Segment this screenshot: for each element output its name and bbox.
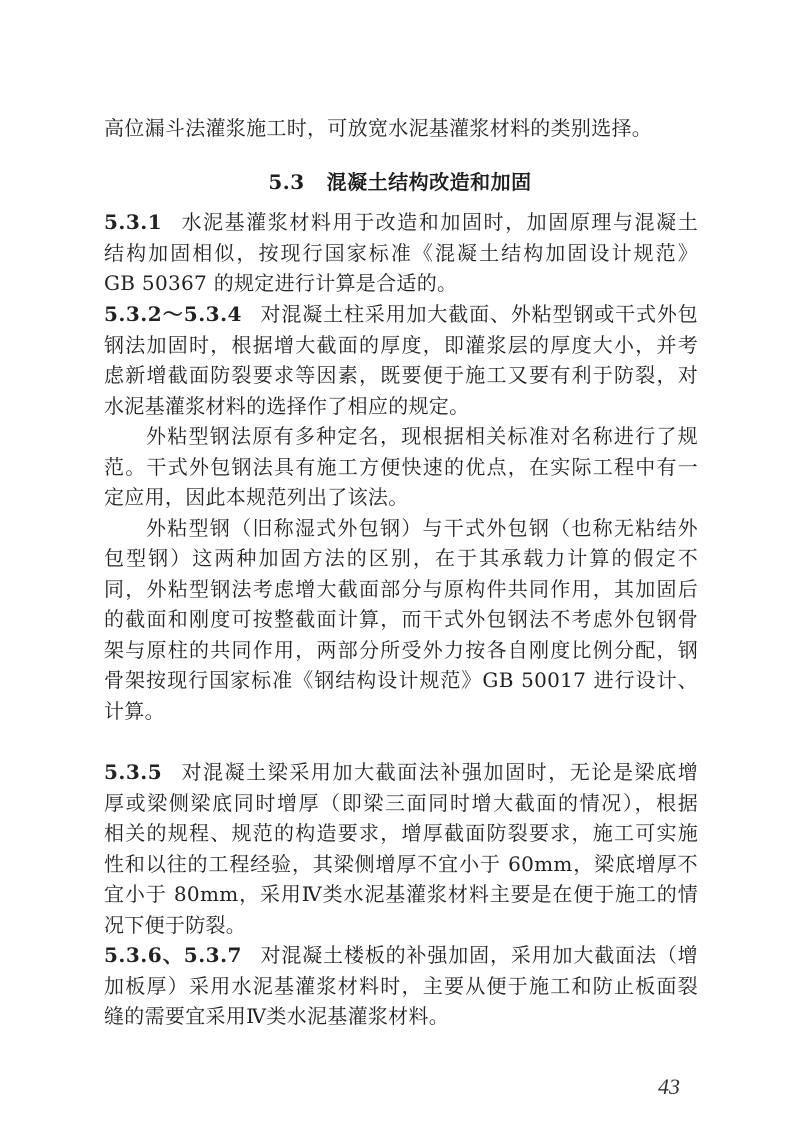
clause-number: 5.3.5 <box>104 760 162 784</box>
clause-5-3-5: 5.3.5对混凝土梁采用加大截面法补强加固时，无论是梁底增 厚或梁侧梁底同时增厚… <box>104 757 698 940</box>
body-line: 5.3.1水泥基灌浆材料用于改造和加固时，加固原理与混凝土 <box>104 207 698 238</box>
section-heading: 5.3混凝土结构改造和加固 <box>0 166 800 195</box>
body-line: GB 50367 的规定进行计算是合适的。 <box>104 268 698 299</box>
clause-text: 对混凝土柱采用加大截面、外粘型钢或干式外包 <box>260 302 698 326</box>
body-line: 缝的需要宜采用Ⅳ类水泥基灌浆材料。 <box>104 1001 698 1032</box>
body-line: 骨架按现行国家标准《钢结构设计规范》GB 50017 进行设计、 <box>104 665 698 696</box>
clause-5-3-6-and-5-3-7: 5.3.6、5.3.7对混凝土楼板的补强加固，采用加大截面法（增 加板厚）采用水… <box>104 940 698 1032</box>
body-line: 厚或梁侧梁底同时增厚（即梁三面同时增大截面的情况），根据 <box>104 788 698 819</box>
clause-number: 5.3.6、5.3.7 <box>104 943 242 967</box>
body-line: 外粘型钢法原有多种定名，现根据相关标准对名称进行了规 <box>104 421 698 452</box>
body-line: 相关的规程、规范的构造要求，增厚截面防裂要求，施工可实施 <box>104 818 698 849</box>
body-line: 计算。 <box>104 696 698 727</box>
clause-text: 对混凝土楼板的补强加固，采用加大截面法（增 <box>260 943 698 967</box>
page-number: 43 <box>658 1074 680 1100</box>
body-line: 架与原柱的共同作用，两部分所受外力按各自刚度比例分配，钢 <box>104 635 698 666</box>
body-line: 钢法加固时，根据增大截面的厚度，即灌浆层的厚度大小，并考 <box>104 330 698 361</box>
clause-number: 5.3.2～5.3.4 <box>104 302 242 326</box>
clause-5-3-2-to-5-3-4: 5.3.2～5.3.4对混凝土柱采用加大截面、外粘型钢或干式外包 钢法加固时，根… <box>104 299 698 726</box>
body-line: 5.3.2～5.3.4对混凝土柱采用加大截面、外粘型钢或干式外包 <box>104 299 698 330</box>
section-number: 5.3 <box>268 170 304 194</box>
body-line: 结构加固相似，按现行国家标准《混凝土结构加固设计规范》 <box>104 238 698 269</box>
body-line: 外粘型钢（旧称湿式外包钢）与干式外包钢（也称无粘结外 <box>104 513 698 544</box>
body-line: 同，外粘型钢法考虑增大截面部分与原构件共同作用，其加固后 <box>104 574 698 605</box>
clause-text: 对混凝土梁采用加大截面法补强加固时，无论是梁底增 <box>180 760 698 784</box>
body-line: 宜小于 80mm，采用Ⅳ类水泥基灌浆材料主要是在便于施工的情 <box>104 879 698 910</box>
body-line: 虑新增截面防裂要求等因素，既要便于施工又要有利于防裂，对 <box>104 360 698 391</box>
document-page: 高位漏斗法灌浆施工时，可放宽水泥基灌浆材料的类别选择。 5.3混凝土结构改造和加… <box>0 0 800 1141</box>
body-line: 定应用，因此本规范列出了该法。 <box>104 482 698 513</box>
body-line: 性和以往的工程经验，其梁侧增厚不宜小于 60mm，梁底增厚不 <box>104 849 698 880</box>
clause-text: 水泥基灌浆材料用于改造和加固时，加固原理与混凝土 <box>180 210 698 234</box>
clause-number: 5.3.1 <box>104 210 162 234</box>
section-title: 混凝土结构改造和加固 <box>327 170 532 194</box>
body-line: 范。干式外包钢法具有施工方便快速的优点，在实际工程中有一 <box>104 452 698 483</box>
body-line: 的截面和刚度可按整截面计算，而干式外包钢法不考虑外包钢骨 <box>104 604 698 635</box>
body-line: 5.3.6、5.3.7对混凝土楼板的补强加固，采用加大截面法（增 <box>104 940 698 971</box>
body-line: 高位漏斗法灌浆施工时，可放宽水泥基灌浆材料的类别选择。 <box>104 113 698 144</box>
body-line: 包型钢）这两种加固方法的区别，在于其承载力计算的假定不 <box>104 543 698 574</box>
body-line: 加板厚）采用水泥基灌浆材料时，主要从便于施工和防止板面裂 <box>104 971 698 1002</box>
body-line: 况下便于防裂。 <box>104 910 698 941</box>
carryover-paragraph: 高位漏斗法灌浆施工时，可放宽水泥基灌浆材料的类别选择。 <box>104 113 698 144</box>
clause-5-3-1: 5.3.1水泥基灌浆材料用于改造和加固时，加固原理与混凝土 结构加固相似，按现行… <box>104 207 698 299</box>
body-line: 水泥基灌浆材料的选择作了相应的规定。 <box>104 391 698 422</box>
body-line: 5.3.5对混凝土梁采用加大截面法补强加固时，无论是梁底增 <box>104 757 698 788</box>
